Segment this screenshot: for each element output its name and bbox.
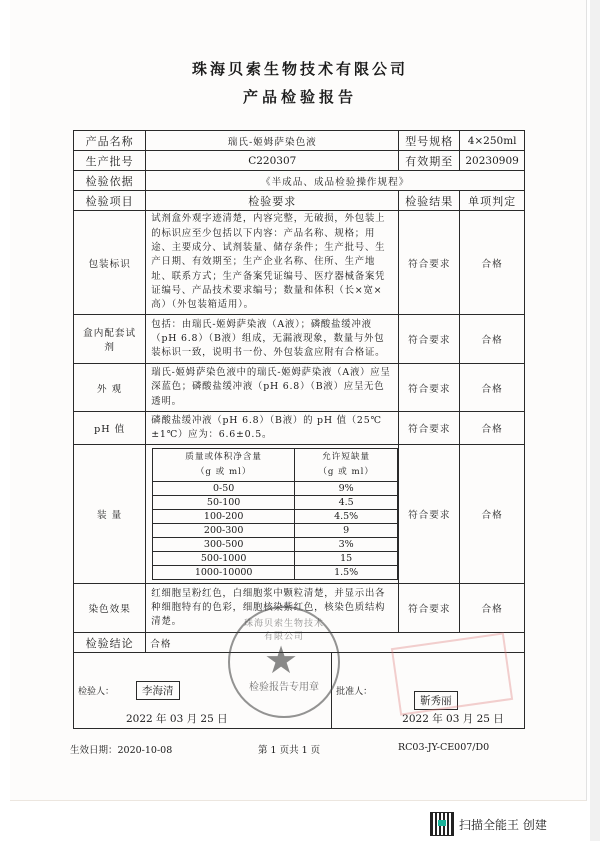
volume-row: 200-3009 <box>153 524 398 538</box>
table-row: 包装标识 试剂盒外观字迹清楚，内容完整，无破损，外包装上的标识应至少包括以下内容… <box>74 211 525 315</box>
approver-date: 2022 年 03 月 25 日 <box>402 711 504 726</box>
row-item: 染色效果 <box>74 584 146 633</box>
conclusion-value: 合格 <box>146 633 525 653</box>
product-name-label: 产品名称 <box>74 131 146 151</box>
signature-row: 检验人： 李海清 2022 年 03 月 25 日 批准人： 靳秀丽 2022 … <box>74 653 525 729</box>
document-code: RC03-JY-CE007/D0 <box>398 742 489 753</box>
volume-row: 300-5003% <box>153 538 398 552</box>
col-result-header: 检验结果 <box>399 191 460 211</box>
batch-label: 生产批号 <box>74 151 146 171</box>
row-result: 符合要求 <box>399 584 460 633</box>
info-row-product: 产品名称 瑞氏-姬姆萨染色液 型号规格 4×250ml <box>74 131 525 151</box>
page-number: 第 1 页共 1 页 <box>258 742 320 756</box>
allowed-shortage: 4.5% <box>295 510 398 524</box>
volume-range: 50-100 <box>153 496 295 510</box>
model-label: 型号规格 <box>399 131 460 151</box>
volume-range: 1000-10000 <box>153 566 295 580</box>
volume-range: 0-50 <box>153 482 295 496</box>
inspection-table: 产品名称 瑞氏-姬姆萨染色液 型号规格 4×250ml 生产批号 C220307… <box>73 130 525 729</box>
inspector-signature: 李海清 <box>136 681 180 700</box>
volume-row: 100-2004.5% <box>153 510 398 524</box>
row-result: 符合要求 <box>399 445 460 584</box>
approver-cell: 批准人： 靳秀丽 2022 年 03 月 25 日 <box>332 653 525 729</box>
volume-range: 200-300 <box>153 524 295 538</box>
row-item: 外 观 <box>74 364 146 412</box>
volume-row: 50-1004.5 <box>153 496 398 510</box>
table-row: 外 观 瑞氏-姬姆萨染色液中的瑞氏-姬姆萨染液（A液）应呈深蓝色；磷酸盐缓冲液（… <box>74 364 525 412</box>
volume-row: 500-100015 <box>153 552 398 566</box>
column-header-row: 检验项目 检验要求 检验结果 单项判定 <box>74 191 525 211</box>
expiry-value: 20230909 <box>460 151 525 171</box>
table-row: 染色效果 红细胞呈粉红色，白细胞浆中颗粒清楚，并显示出各种细胞特有的色彩，细胞核… <box>74 584 525 633</box>
inspector-label: 检验人： <box>78 684 327 697</box>
row-judgement: 合格 <box>460 412 525 445</box>
inspector-cell: 检验人： 李海清 2022 年 03 月 25 日 <box>74 653 332 729</box>
row-requirement: 磷酸盐缓冲液（pH 6.8）（B液）的 pH 值（25℃±1℃）应为：6.6±0… <box>146 412 399 445</box>
row-requirement: 红细胞呈粉红色，白细胞浆中颗粒清楚，并显示出各种细胞特有的色彩，细胞核染紫红色，… <box>146 584 399 633</box>
conclusion-label: 检验结论 <box>74 633 146 653</box>
volume-table-cell: 质量或体积净含量（g 或 ml） 允许短缺量（g 或 ml） 0-509% 50… <box>146 445 399 584</box>
allowed-shortage: 1.5% <box>295 566 398 580</box>
row-requirement: 瑞氏-姬姆萨染色液中的瑞氏-姬姆萨染液（A液）应呈深蓝色；磷酸盐缓冲液（pH 6… <box>146 364 399 412</box>
company-name: 珠海贝索生物技术有限公司 <box>0 58 600 79</box>
report-title: 产品检验报告 <box>0 86 600 107</box>
row-judgement: 合格 <box>460 584 525 633</box>
table-row: pH 值 磷酸盐缓冲液（pH 6.8）（B液）的 pH 值（25℃±1℃）应为：… <box>74 412 525 445</box>
allowed-shortage: 4.5 <box>295 496 398 510</box>
col-judgement-header: 单项判定 <box>460 191 525 211</box>
row-result: 符合要求 <box>399 364 460 412</box>
row-item: pH 值 <box>74 412 146 445</box>
row-result: 符合要求 <box>399 211 460 315</box>
allowed-shortage: 3% <box>295 538 398 552</box>
row-judgement: 合格 <box>460 211 525 315</box>
volume-range: 500-1000 <box>153 552 295 566</box>
info-row-basis: 检验依据 《半成品、成品检验操作规程》 <box>74 171 525 191</box>
allowed-shortage: 9% <box>295 482 398 496</box>
volume-row: 1000-100001.5% <box>153 566 398 580</box>
scanner-text: 扫描全能王 创建 <box>459 816 547 833</box>
volume-shortage-table: 质量或体积净含量（g 或 ml） 允许短缺量（g 或 ml） 0-509% 50… <box>152 448 398 580</box>
product-name-value: 瑞氏-姬姆萨染色液 <box>146 131 399 151</box>
qr-code-icon <box>430 812 454 836</box>
effective-date: 生效日期：2020-10-08 <box>70 742 172 756</box>
row-item: 包装标识 <box>74 211 146 315</box>
basis-value: 《半成品、成品检验操作规程》 <box>146 171 525 191</box>
allowed-shortage: 15 <box>295 552 398 566</box>
volume-row: 0-509% <box>153 482 398 496</box>
table-row: 装 量 质量或体积净含量（g 或 ml） 允许短缺量（g 或 ml） 0-509… <box>74 445 525 584</box>
row-judgement: 合格 <box>460 364 525 412</box>
approver-signature: 靳秀丽 <box>414 691 458 710</box>
row-requirement: 试剂盒外观字迹清楚，内容完整，无破损，外包装上的标识应至少包括以下内容：产品名称… <box>146 211 399 315</box>
volume-range: 100-200 <box>153 510 295 524</box>
volume-header: 质量或体积净含量（g 或 ml） <box>153 449 295 482</box>
table-row: 盒内配套试剂 包括：由瑞氏-姬姆萨染液（A液）；磷酸盐缓冲液（pH 6.8）（B… <box>74 315 525 364</box>
inspector-date: 2022 年 03 月 25 日 <box>126 711 228 726</box>
row-item: 盒内配套试剂 <box>74 315 146 364</box>
row-result: 符合要求 <box>399 315 460 364</box>
col-requirement-header: 检验要求 <box>146 191 399 211</box>
expiry-label: 有效期至 <box>399 151 460 171</box>
row-judgement: 合格 <box>460 315 525 364</box>
shortage-header: 允许短缺量（g 或 ml） <box>295 449 398 482</box>
batch-value: C220307 <box>146 151 399 171</box>
scrollbar-track[interactable] <box>590 0 600 841</box>
row-item: 装 量 <box>74 445 146 584</box>
basis-label: 检验依据 <box>74 171 146 191</box>
volume-range: 300-500 <box>153 538 295 552</box>
info-row-batch: 生产批号 C220307 有效期至 20230909 <box>74 151 525 171</box>
model-value: 4×250ml <box>460 131 525 151</box>
allowed-shortage: 9 <box>295 524 398 538</box>
col-item-header: 检验项目 <box>74 191 146 211</box>
scanner-watermark: 扫描全能王 创建 <box>430 812 547 836</box>
row-judgement: 合格 <box>460 445 525 584</box>
row-requirement: 包括：由瑞氏-姬姆萨染液（A液）；磷酸盐缓冲液（pH 6.8）（B液）组成，无漏… <box>146 315 399 364</box>
row-result: 符合要求 <box>399 412 460 445</box>
conclusion-row: 检验结论 合格 <box>74 633 525 653</box>
